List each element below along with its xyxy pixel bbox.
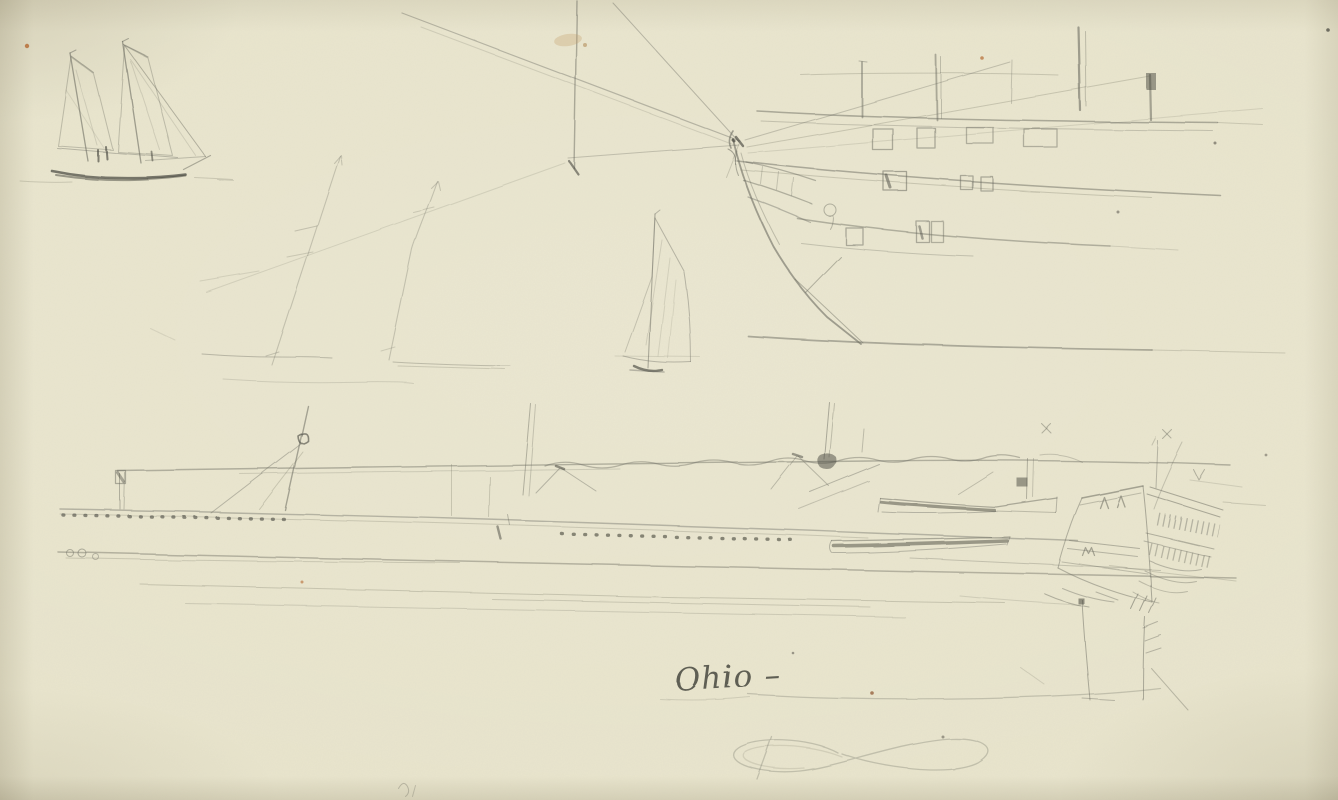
pencil-drawing: Ohio – <box>0 0 1338 800</box>
artwork-canvas: Ohio – <box>0 0 1338 800</box>
paper-grain-texture <box>0 0 1338 800</box>
